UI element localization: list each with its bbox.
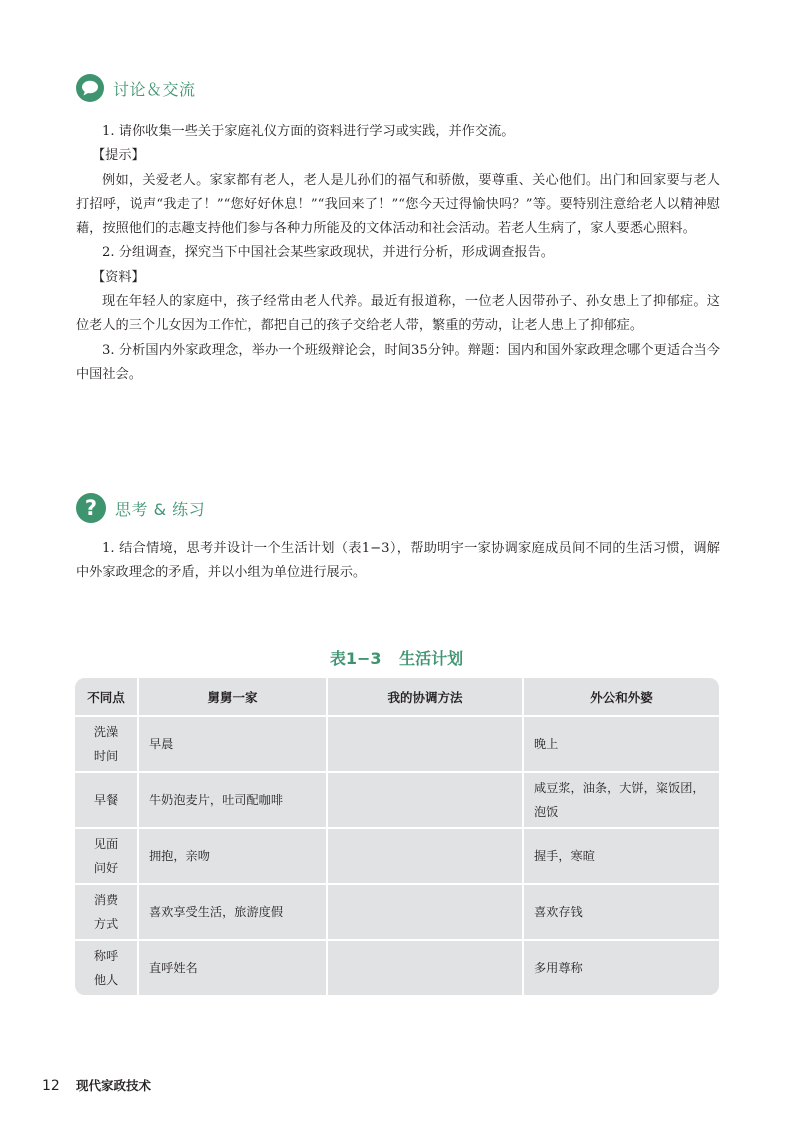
table-number: 表1−3 (330, 649, 382, 668)
method-cell[interactable] (327, 716, 523, 772)
row-label: 消费方式 (75, 884, 138, 940)
grandparents-cell: 喜欢存钱 (523, 884, 719, 940)
speech-bubble-icon (76, 74, 104, 102)
row-label: 早餐 (75, 772, 138, 828)
book-title: 现代家政技术 (76, 1078, 151, 1093)
uncle-cell: 直呼姓名 (138, 940, 327, 995)
grandparents-cell: 多用尊称 (523, 940, 719, 995)
header-uncle-family: 舅舅一家 (138, 678, 327, 716)
life-plan-table: 不同点 舅舅一家 我的协调方法 外公和外婆 洗澡时间 早晨 晚上 早餐 牛奶泡麦… (75, 678, 719, 995)
task-3: 3. 分析国内外家政理念，举办一个班级辩论会，时间35分钟。辩题：国内和国外家政… (76, 339, 720, 388)
method-cell[interactable] (327, 772, 523, 828)
question-mark-icon: ? (76, 493, 106, 523)
table-caption: 表1−3 生活计划 (0, 646, 793, 669)
task-1: 1. 请你收集一些关于家庭礼仪方面的资料进行学习或实践，并作交流。 (76, 120, 720, 144)
header-difference: 不同点 (75, 678, 138, 716)
table-row: 称呼他人 直呼姓名 多用尊称 (75, 940, 719, 995)
method-cell[interactable] (327, 828, 523, 884)
grandparents-cell: 晚上 (523, 716, 719, 772)
row-label: 见面问好 (75, 828, 138, 884)
table-row: 洗澡时间 早晨 晚上 (75, 716, 719, 772)
section-header-discussion: 讨论＆交流 (76, 74, 196, 102)
table-row: 见面问好 拥抱，亲吻 握手，寒暄 (75, 828, 719, 884)
material-label: 【资料】 (76, 266, 720, 290)
row-label: 称呼他人 (75, 940, 138, 995)
table-row: 消费方式 喜欢享受生活，旅游度假 喜欢存钱 (75, 884, 719, 940)
table-header-row: 不同点 舅舅一家 我的协调方法 外公和外婆 (75, 678, 719, 716)
section-title: 思考 & 练习 (115, 497, 205, 520)
row-label: 洗澡时间 (75, 716, 138, 772)
header-my-method: 我的协调方法 (327, 678, 523, 716)
table-title: 生活计划 (399, 649, 463, 668)
hint-label: 【提示】 (76, 144, 720, 168)
uncle-cell: 拥抱，亲吻 (138, 828, 327, 884)
task-2: 2. 分组调查，探究当下中国社会某些家政现状，并进行分析，形成调查报告。 (76, 241, 720, 265)
method-cell[interactable] (327, 940, 523, 995)
practice-task-1: 1. 结合情境，思考并设计一个生活计划（表1−3），帮助明宇一家协调家庭成员间不… (76, 537, 720, 586)
hint-text: 例如，关爱老人。家家都有老人，老人是儿孙们的福气和骄傲，要尊重、关心他们。出门和… (76, 169, 720, 242)
section-header-practice: ? 思考 & 练习 (76, 493, 205, 523)
uncle-cell: 喜欢享受生活，旅游度假 (138, 884, 327, 940)
page-footer: 12 现代家政技术 (42, 1076, 151, 1094)
uncle-cell: 牛奶泡麦片，吐司配咖啡 (138, 772, 327, 828)
page-number: 12 (42, 1078, 60, 1094)
discussion-content: 1. 请你收集一些关于家庭礼仪方面的资料进行学习或实践，并作交流。 【提示】 例… (76, 120, 720, 387)
table-row: 早餐 牛奶泡麦片，吐司配咖啡 咸豆浆，油条，大饼，粢饭团，泡饭 (75, 772, 719, 828)
method-cell[interactable] (327, 884, 523, 940)
grandparents-cell: 握手，寒暄 (523, 828, 719, 884)
uncle-cell: 早晨 (138, 716, 327, 772)
header-grandparents: 外公和外婆 (523, 678, 719, 716)
material-text: 现在年轻人的家庭中，孩子经常由老人代养。最近有报道称，一位老人因带孙子、孙女患上… (76, 290, 720, 339)
practice-content: 1. 结合情境，思考并设计一个生活计划（表1−3），帮助明宇一家协调家庭成员间不… (76, 537, 720, 586)
section-title: 讨论＆交流 (113, 77, 196, 100)
grandparents-cell: 咸豆浆，油条，大饼，粢饭团，泡饭 (523, 772, 719, 828)
